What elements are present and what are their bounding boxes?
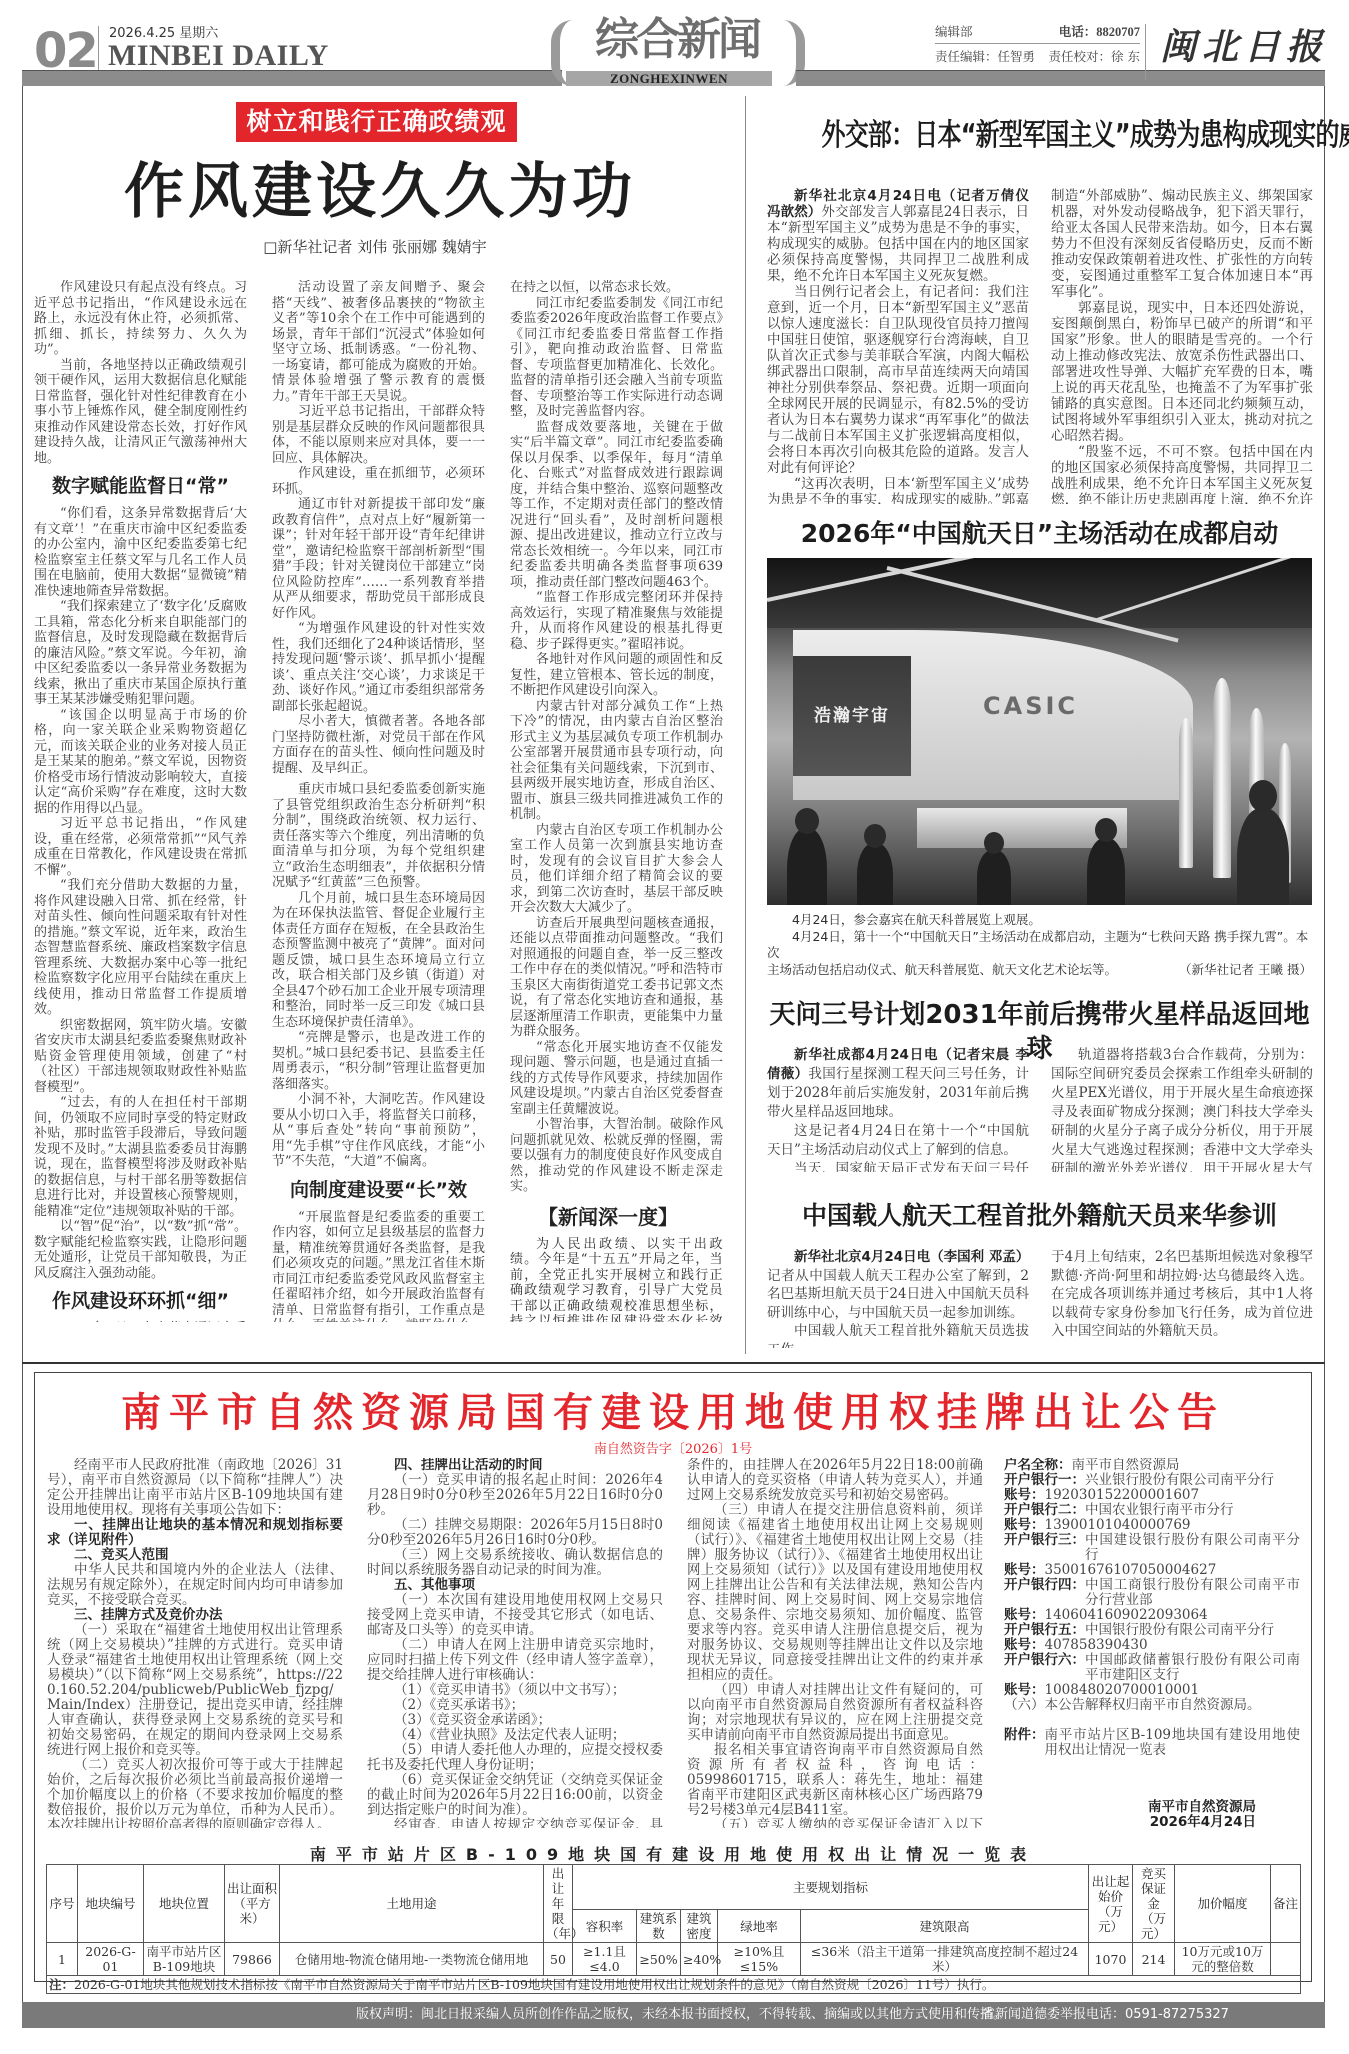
paragraph: 监督成效要落地，关键在于做实“后半篇文章”。同江市纪委监委确保以月保季、以季保年…	[510, 420, 723, 591]
photo-caption: 4月24日，参会嘉宾在航天科普展览上观展。 4月24日，第十一个“中国航天日”主…	[767, 912, 1312, 978]
account-label: 开户银行四：	[1004, 1578, 1085, 1608]
photo-aerospace-exhibition: 浩瀚宇宙 CASIC	[767, 558, 1312, 905]
lead-article-column-3: 在持之以恒，以常态求长效。 同江市纪委监委制发《同江市纪委监委2026年度政治监…	[510, 280, 723, 1322]
paragraph: 习近平总书记指出，“作风建设，重在经常，必须常常抓”“风气养成重在日常教化，作风…	[34, 816, 247, 878]
editorial-row-2: 责任编辑：任智勇 责任校对：徐 东	[935, 47, 1140, 67]
paragraph: 在持之以恒，以常态求长效。	[510, 280, 723, 296]
paragraph: “亮牌是警示，也是改进工作的契机。”城口县纪委书记、县监委主任周勇表示，“积分制…	[272, 1030, 485, 1092]
news-depth-title: 【新闻深一度】	[538, 1205, 723, 1229]
photo-wall-panel: 浩瀚宇宙	[793, 656, 911, 776]
account-row: 开户银行三：中国建设银行股份有限公司南平分行	[1004, 1533, 1300, 1563]
account-value: 35001676107050004627	[1045, 1563, 1301, 1578]
paragraph: “为增强作风建设的针对性实效性，我们还细化了24种谈话情形，坚持发现问题‘警示谈…	[272, 621, 485, 714]
paragraph: 2025年7月，在内蒙古通辽市委组织部会议室内，一场事关“围猎”与“反围猎”的“…	[34, 1321, 247, 1322]
paragraph: 各地针对作风问题的顽固性和反复性，建立管根本、管长远的制度，不断把作风建设引向深…	[510, 652, 723, 699]
proofreader: 责任校对：徐 东	[1049, 47, 1140, 67]
astronaut-title: 中国载人航天工程首批外籍航天员来华参训	[767, 1200, 1312, 1232]
paragraph: “常态化开展实地访查不仅能发现问题、警示问题，也是通过直插一线的方式传导作风要求…	[510, 1040, 723, 1118]
table-cell: ≤36米（沿主干道第一排建筑高度控制不超过24米）	[801, 1943, 1089, 1976]
account-value: 13900101040000769	[1045, 1518, 1301, 1533]
lead-paragraph: 新华社成都4月24日电（记者宋晨 李倩薇）我国行星探测工程天问三号任务，计划于2…	[767, 1046, 1029, 1122]
contact-paragraph: 报名相关事宜请咨询南平市自然资源局自然资源所有者权益科，咨询电话：0599860…	[687, 1743, 983, 1818]
photo-visitor-head	[1095, 818, 1117, 842]
paragraph: 作风建设，重在抓细节，必须环环抓。	[272, 466, 485, 497]
announcement-column-1: 经南平市人民政府批准（南政地〔2026〕31号），南平市自然资源局（以下简称“挂…	[47, 1458, 343, 1828]
header-bar-right	[796, 70, 1325, 86]
table-row: 1 2026-G-01 南平市站片区B-109地块 79866 仓储用地-物流仓…	[47, 1943, 1301, 1976]
paragraph: “我们探索建立了‘数字化’反腐败工具箱，常态化分析来自职能部门的监督信息，及时发…	[34, 599, 247, 708]
paragraph: （三）网上交易系统接收、确认数据信息的时间以系统服务器自动记录的时间为准。	[367, 1548, 663, 1578]
editorial-separator	[935, 43, 1140, 44]
paragraph: （三）申请人在提交注册信息资料前，须详细阅读《福建省土地使用权出让网上交易规则（…	[687, 1503, 983, 1683]
table-cell	[1271, 1943, 1301, 1976]
paragraph: 制造“外部威胁”、煽动民族主义、绑架国家机器，对外发动侵略战争，犯下滔天罪行，给…	[1051, 188, 1313, 300]
table-cell: ≥50%	[637, 1943, 681, 1976]
photo-wall-logo: CASIC	[983, 692, 1078, 720]
lead-paragraph: 新华社北京4月24日电（李国利 邓孟）记者从中国载人航天工程办公室了解到，2名巴…	[767, 1248, 1029, 1322]
announcement-column-2: 四、挂牌出让活动的时间 （一）竞买申请的报名起止时间：2026年4月28日9时0…	[367, 1458, 663, 1828]
table-cell: 1070	[1089, 1943, 1133, 1976]
page-number: 02	[34, 26, 97, 76]
header-bar-left	[22, 70, 562, 86]
caption-line: 4月24日，参会嘉宾在航天科普展览上观展。	[767, 912, 1312, 929]
photo-visitor	[1087, 838, 1125, 905]
paragraph: 轨道器将搭载3台合作载荷，分别为：国际空间研究委员会探索工作组牵头研制的火星PE…	[1051, 1046, 1313, 1172]
account-row: 开户银行五：中国银行股份有限公司南平分行	[1004, 1623, 1300, 1638]
account-row: 户名全称：南平市自然资源局	[1004, 1458, 1300, 1473]
account-value: 兴业银行股份有限公司南平分行	[1085, 1473, 1300, 1488]
paragraph: 习近平总书记指出，干部群众特别是基层群众反映的作风问题都很具体，不能以原则来应对…	[272, 404, 485, 466]
note-label: 注：	[49, 1977, 74, 1992]
account-row: 账号：407858390430	[1004, 1638, 1300, 1653]
caption-text: 主场活动包括启动仪式、航天科普展览、航天文化艺术论坛等。	[767, 962, 1117, 979]
paragraph: 织密数据网，筑牢防火墙。安徽省安庆市太湖县纪委监委聚焦财政补贴资金管理使用领域，…	[34, 1018, 247, 1096]
table-header: 地块位置	[144, 1865, 225, 1943]
table-header: 建筑限高	[801, 1910, 1089, 1943]
attachment-row: 附件：南平市站片区B-109地块国有建设用地使用权出让情况一览表	[1004, 1728, 1300, 1758]
article-kicker-tag: 树立和践行正确政绩观	[236, 102, 517, 142]
photo-visitor-head	[1249, 780, 1277, 812]
table-cell: 214	[1133, 1943, 1175, 1976]
paragraph: （一）本次国有建设用地使用权网上交易只接受网上竞买申请，不接受其它形式（如电话、…	[367, 1593, 663, 1638]
account-value: 100848020700010001	[1045, 1683, 1301, 1698]
lead-article-title: 作风建设久久为功	[100, 156, 660, 228]
table-header: 出让面积（平方米）	[225, 1865, 280, 1943]
paragraph: 中华人民共和国境内外的企业法人（法律、法规另有规定除外），在规定时间内均可申请参…	[47, 1563, 343, 1608]
table-header: 出让年限（年）	[544, 1865, 573, 1943]
account-label: 账号：	[1004, 1683, 1045, 1698]
paragraph: 活动设置了亲友间赠予、聚会搭“天线”、被奢侈品裹挟的“物欲主义者”等10余个在工…	[272, 280, 485, 404]
table-title: 南平市站片区B-109地块国有建设用地使用权出让情况一览表	[34, 1842, 1312, 1865]
caption-line: 主场活动包括启动仪式、航天科普展览、航天文化艺术论坛等。 （新华社记者 王曦 摄…	[767, 962, 1312, 979]
list-item: （3）《竞买资金承诺函》；	[367, 1713, 663, 1728]
list-item: （4）《营业执照》及法定代表人证明；	[367, 1728, 663, 1743]
photo-visitor	[857, 843, 893, 905]
news-depth-text: 为人民出政绩、以实干出政绩。今年是“十五五”开局之年，当前，全党正扎实开展树立和…	[510, 1237, 723, 1323]
paragraph: 以“智”促“治”，以“数”抓“常”。数字赋能纪检监察实践，让隐形问题无处遁形，让…	[34, 1219, 247, 1281]
announcement-heading: 二、竞买人范围	[47, 1548, 343, 1563]
dateline: 新华社北京4月24日电（李国利 邓孟）	[794, 1249, 1029, 1265]
table-header-group: 主要规划指标	[573, 1865, 1089, 1910]
lead-article-column-1: 作风建设只有起点没有终点。习近平总书记指出，“作风建设永远在路上，永远没有休止符…	[34, 280, 247, 1322]
account-value: 中国建设银行股份有限公司南平分行	[1085, 1533, 1300, 1563]
paragraph: “这再次表明，日本‘新型军国主义’成势为患是不争的事实，构成现实的威胁。”郭嘉昆…	[767, 476, 1029, 504]
announcement-doc-number: 南自然资告字〔2026〕1号	[34, 1438, 1312, 1457]
paragraph: 尽小者大，慎微者著。各地各部门坚持防微杜渐，对党员干部在作风方面存在的苗头性、倾…	[272, 714, 485, 776]
table-cell: 10万元或10万元的整倍数	[1175, 1943, 1271, 1976]
paragraph: “该国企以明显高于市场的价格，向一家关联企业采购物资超亿元，而该关联企业的业务对…	[34, 708, 247, 817]
note-text: 2026-G-01地块其他规划技术指标按《南平市自然资源局关于南平市站片区B-1…	[74, 1977, 994, 1992]
paragraph: 小洞不补，大洞吃苦。作风建设要从小切口入手，将监督关口前移，从“事后查处”转向“…	[272, 1092, 485, 1170]
account-value: 中国农业银行南平市分行	[1085, 1503, 1300, 1518]
paragraph: 访查后开展典型问题核查通报，还能以点带面推动问题整改。“我们对照通报的问题自查，…	[510, 916, 723, 1040]
account-row: 开户银行一：兴业银行股份有限公司南平分行	[1004, 1473, 1300, 1488]
table-header: 备注	[1271, 1865, 1301, 1943]
paragraph: 内蒙古自治区专项工作机制办公室工作人员第一次到旗县实地访查时，发现有的会议盲目扩…	[510, 823, 723, 916]
table-cell: 南平市站片区B-109地块	[144, 1943, 225, 1976]
tianwen-column-1: 新华社成都4月24日电（记者宋晨 李倩薇）我国行星探测工程天问三号任务，计划于2…	[767, 1046, 1029, 1172]
account-value: 南平市自然资源局	[1072, 1458, 1301, 1473]
table-cell: 2026-G-01	[78, 1943, 144, 1976]
table-cell: ≥10%且≤15%	[718, 1943, 801, 1976]
space-day-title: 2026年“中国航天日”主场活动在成都启动	[767, 518, 1312, 550]
section-pinyin: ZONGHEXINWEN	[566, 71, 772, 86]
table-header: 出让起始价（万元）	[1089, 1865, 1133, 1943]
responsible-editor: 责任编辑：任智勇	[935, 47, 1035, 67]
paragraph: 当天，国家航天局正式发布天问三号任务合作项目遴选结果——	[767, 1160, 1029, 1172]
table-cell: 仓储用地-物流仓储用地-一类物流仓储用地	[280, 1943, 544, 1976]
editorial-info: 编辑部 电话：8820707 责任编辑：任智勇 责任校对：徐 东	[935, 22, 1140, 67]
paragraph: “殷鉴不远，不可不察。包括中国在内的地区国家必须保持高度警惕，共同捍卫二战胜利成…	[1051, 444, 1313, 504]
page-border-right	[1324, 86, 1325, 2028]
lead-article-column-2: 活动设置了亲友间赠予、聚会搭“天线”、被奢侈品裹挟的“物欲主义者”等10余个在工…	[272, 280, 485, 1322]
paragraph: “监督工作形成完整闭环并保持高效运行，实现了精准聚焦与效能提升，从而将作风建设的…	[510, 590, 723, 652]
table-cell: ≥40%	[681, 1943, 718, 1976]
account-label: 账号：	[1004, 1488, 1045, 1503]
announcement-top-rule	[22, 1362, 1325, 1364]
announcement-heading: 四、挂牌出让活动的时间	[367, 1458, 663, 1473]
caption-line: 4月24日，第十一个“中国航天日”主场活动在成都启动，主题为“七秩问天路 携手探…	[767, 929, 1312, 962]
account-row: 开户银行四：中国工商银行股份有限公司南平市分行营业部	[1004, 1578, 1300, 1608]
paragraph: （六）本公告解释权归南平市自然资源局。	[1004, 1698, 1300, 1713]
announcement-column-3: 条件的，由挂牌人在2026年5月22日18:00前确认申请人的竞买资格（申请人转…	[687, 1458, 983, 1828]
account-label: 开户银行二：	[1004, 1503, 1085, 1518]
paragraph: 小智治事，大智治制。破除作风问题抓就见效、松就反弹的怪圈，需要以强有力的制度使良…	[510, 1117, 723, 1195]
table-note-row: 注：2026-G-01地块其他规划技术指标按《南平市自然资源局关于南平市站片区B…	[47, 1976, 1301, 1994]
photo-visitor	[787, 828, 827, 905]
announcement-title: 南平市自然资源局国有建设用地使用权挂牌出让公告	[34, 1390, 1312, 1436]
table-header: 加价幅度	[1175, 1865, 1271, 1943]
photo-visitor-head	[795, 808, 819, 834]
paragraph: 经南平市人民政府批准（南政地〔2026〕31号），南平市自然资源局（以下简称“挂…	[47, 1458, 343, 1518]
paragraph: 这是记者4月24日在第十一个“中国航天日”主场活动启动仪式上了解到的信息。	[767, 1122, 1029, 1160]
copyright-notice: 版权声明：闽北日报采编人员所创作作品之版权，未经本报书面授权，不得转载、摘编或以…	[356, 2002, 1006, 2028]
paragraph: 于4月上旬结束，2名巴基斯坦候选对象穆罕默德·齐尚·阿里和胡拉姆·达乌德最终入选…	[1051, 1248, 1313, 1341]
lead-paragraph: 新华社北京4月24日电（记者万倩仪 冯歆然）外交部发言人郭嘉昆24日表示，日本“…	[767, 188, 1029, 284]
page-border-left	[22, 86, 23, 2028]
editorial-row-1: 编辑部 电话：8820707	[935, 22, 1140, 42]
list-item: （6）竞买保证金交纳凭证（交纳竞买保证金的截止时间为2026年5月22日16:0…	[367, 1773, 663, 1818]
table-cell: 50	[544, 1943, 573, 1976]
table-header-row: 序号 地块编号 地块位置 出让面积（平方米） 土地用途 出让年限（年） 主要规划…	[47, 1865, 1301, 1910]
paragraph: （一）采取在“福建省土地使用权出让管理系统（网上交易模块）”挂牌的方式进行。竞买…	[47, 1623, 343, 1758]
paragraph: 通辽市针对新提拔干部印发“廉政教育信件”，点对点上好“履新第一课”；针对年轻干部…	[272, 497, 485, 621]
footer-bar: 版权声明：闽北日报采编人员所创作作品之版权，未经本报书面授权，不得转载、摘编或以…	[22, 2002, 1325, 2028]
tianwen-column-2: 轨道器将搭载3台合作载荷，分别为：国际空间研究委员会探索工作组牵头研制的火星PE…	[1051, 1046, 1313, 1172]
paragraph: （五）竞买人缴纳的竞买保证金请汇入以下指定的银行账户：	[687, 1818, 983, 1828]
signature-date: 2026年4月24日	[1004, 1815, 1300, 1828]
photo-visitor-head	[864, 824, 886, 848]
account-value: 中国工商银行股份有限公司南平市分行营业部	[1085, 1578, 1300, 1608]
newspaper-logo: 闽北日报	[1160, 24, 1328, 70]
account-value: 1406041609022093064	[1045, 1608, 1301, 1623]
table-cell: ≥1.1且≤4.0	[573, 1943, 637, 1976]
account-value: 中国邮政储蓄银行股份有限公司南平市建阳区支行	[1085, 1653, 1300, 1683]
paragraph: 重庆市城口县纪委监委创新实施了县管党组织政治生态分析研判“积分制”，围绕政治统领…	[272, 782, 485, 891]
astronaut-column-2: 于4月上旬结束，2名巴基斯坦候选对象穆罕默德·齐尚·阿里和胡拉姆·达乌德最终入选…	[1051, 1248, 1313, 1348]
paragraph: 中国载人航天工程首批外籍航天员选拔工作	[767, 1322, 1029, 1348]
announcement-column-4: 户名全称：南平市自然资源局 开户银行一：兴业银行股份有限公司南平分行 账号：19…	[1004, 1458, 1300, 1828]
account-value: 192030152200001607	[1045, 1488, 1301, 1503]
section-subheading: 数字赋能监督日“常”	[34, 475, 247, 497]
section-subheading: 作风建设环环抓“细”	[34, 1290, 247, 1312]
table-header: 土地用途	[280, 1865, 544, 1943]
paragraph: （二）竞买人初次报价可等于或大于挂牌起始价，之后每次报价必须比当前最高报价递增一…	[47, 1758, 343, 1828]
section-title: 综合新闻	[592, 14, 762, 66]
account-row: 账号：13900101040000769	[1004, 1518, 1300, 1533]
paragraph: （二）挂牌交易期限：2026年5月15日8时0分0秒至2026年5月26日16时…	[367, 1518, 663, 1548]
account-label: 账号：	[1004, 1563, 1045, 1578]
section-subheading: 向制度建设要“长”效	[272, 1179, 485, 1201]
column-divider	[745, 96, 746, 1354]
paragraph: 郭嘉昆说，现实中，日本还四处游说，妄图颠倒黑白，粉饰早已破产的所谓“和平国家”形…	[1051, 300, 1313, 444]
photo-rocket-model	[1179, 718, 1193, 868]
account-row: 账号：100848020700010001	[1004, 1683, 1300, 1698]
paragraph: 作风建设只有起点没有终点。习近平总书记指出，“作风建设永远在路上，永远没有休止符…	[34, 280, 247, 358]
paragraph: 当日例行记者会上，有记者问：我们注意到，近一个月，日本“新型军国主义”恶苗以惊人…	[767, 284, 1029, 476]
account-value: 中国银行股份有限公司南平分行	[1085, 1623, 1300, 1638]
account-row: 开户银行六：中国邮政储蓄银行股份有限公司南平市建阳区支行	[1004, 1653, 1300, 1683]
paragraph: “开展监督是纪委监委的重要工作内容，如何立足县级基层的监督力量，精准统筹贯通好各…	[272, 1210, 485, 1323]
account-value: 407858390430	[1045, 1638, 1301, 1653]
list-item: （5）申请人委托他人办理的，应提交授权委托书及委托代理人身份证明；	[367, 1743, 663, 1773]
foreign-ministry-title: 外交部：日本“新型军国主义”成势为患构成现实的威胁	[822, 116, 1258, 156]
paper-name-en: MINBEI DAILY	[108, 40, 329, 72]
table-header: 建筑系数	[637, 1910, 681, 1943]
signature-org: 南平市自然资源局	[1004, 1800, 1300, 1815]
announcement-heading: 三、挂牌方式及竞价办法	[47, 1608, 343, 1623]
photo-credit: （新华社记者 王曦 摄）	[1179, 962, 1312, 979]
announcement-heading: 五、其他事项	[367, 1578, 663, 1593]
account-row: 账号：1406041609022093064	[1004, 1608, 1300, 1623]
ethics-hotline: 省新闻道德委举报电话：0591-87275327	[982, 2002, 1229, 2028]
paragraph: “过去，有的人在担任村干部期间，仍领取不应同时享受的特定财政补贴，那时监管手段滞…	[34, 1095, 247, 1219]
paragraph: 同江市纪委监委制发《同江市纪委监委2026年度政治监督工作要点》《同江市纪委监委…	[510, 296, 723, 420]
logo-divider	[1145, 24, 1146, 80]
editorial-dept: 编辑部	[935, 22, 973, 42]
announcement-heading: 一、挂牌出让地块的基本情况和规划指标要求（详见附件）	[47, 1518, 343, 1548]
paragraph: 当前，各地坚持以正确政绩观引领干硬作风，运用大数据信息化赋能日常监督，强化针对性…	[34, 358, 247, 467]
table-header: 建筑密度	[681, 1910, 718, 1943]
account-label: 账号：	[1004, 1608, 1045, 1623]
photo-display-wall: 浩瀚宇宙 CASIC	[793, 630, 1193, 800]
paragraph: （四）申请人对挂牌出让文件有疑问的，可以向南平市自然资源局自然资源所有者权益科咨…	[687, 1683, 983, 1743]
paragraph: 条件的，由挂牌人在2026年5月22日18:00前确认申请人的竞买资格（申请人转…	[687, 1458, 983, 1503]
account-label: 开户银行五：	[1004, 1623, 1085, 1638]
foreign-ministry-column-1: 新华社北京4月24日电（记者万倩仪 冯歆然）外交部发言人郭嘉昆24日表示，日本“…	[767, 188, 1029, 504]
table-header: 竞买保证金（万元）	[1133, 1865, 1175, 1943]
photo-rocket-model	[1213, 678, 1231, 878]
editorial-phone: 电话：8820707	[1059, 22, 1140, 42]
attachment-label: 附件：	[1004, 1728, 1045, 1758]
account-label: 开户银行六：	[1004, 1653, 1085, 1683]
photo-visitor	[977, 850, 1011, 905]
account-label: 开户银行三：	[1004, 1533, 1085, 1563]
photo-ceiling	[767, 558, 1312, 628]
parcel-table: 序号 地块编号 地块位置 出让面积（平方米） 土地用途 出让年限（年） 主要规划…	[46, 1864, 1301, 1994]
lead-article-byline: □新华社记者 刘伟 张丽娜 魏婧宇	[230, 236, 520, 257]
photo-visitor	[1237, 808, 1289, 905]
account-row: 账号：192030152200001607	[1004, 1488, 1300, 1503]
astronaut-column-1: 新华社北京4月24日电（李国利 邓孟）记者从中国载人航天工程办公室了解到，2名巴…	[767, 1248, 1029, 1348]
paragraph: 经审查，申请人按规定交纳竞买保证金，具备申请	[367, 1818, 663, 1828]
paragraph: 内蒙古针对部分减负工作“上热下冷”的情况，由内蒙古自治区整治形式主义为基层减负专…	[510, 699, 723, 823]
account-label: 账号：	[1004, 1518, 1045, 1533]
paragraph: （一）竞买申请的报名起止时间：2026年4月28日9时0分0秒至2026年5月2…	[367, 1473, 663, 1518]
paragraph: （二）申请人在网上注册申请竞买宗地时，应同时扫描上传下列文件（经申请人签字盖章）…	[367, 1638, 663, 1683]
attachment-title: 南平市站片区B-109地块国有建设用地使用权出让情况一览表	[1045, 1728, 1301, 1758]
table-cell: 79866	[225, 1943, 280, 1976]
table-header: 绿地率	[718, 1910, 801, 1943]
paragraph: “你们看，这条异常数据背后‘大有文章’！”在重庆市渝中区纪委监委的办公室内，渝中…	[34, 506, 247, 599]
table-header: 地块编号	[78, 1865, 144, 1943]
list-item: （2）《竞买承诺书》；	[367, 1698, 663, 1713]
paragraph-text: 记者从中国载人航天工程办公室了解到，2名巴基斯坦航天员于24日进入中国航天员科研…	[767, 1268, 1029, 1321]
photo-visitor-head	[984, 832, 1004, 854]
paragraph: 几个月前，城口县生态环境局因为在环保执法监管、督促企业履行主体责任方面存在短板，…	[272, 891, 485, 1031]
table-header: 序号	[47, 1865, 78, 1943]
table-note: 注：2026-G-01地块其他规划技术指标按《南平市自然资源局关于南平市站片区B…	[47, 1976, 1301, 1994]
account-label: 开户银行一：	[1004, 1473, 1085, 1488]
table-cell: 1	[47, 1943, 78, 1976]
list-item: （1）《竞买申请书》（须以中文书写）；	[367, 1683, 663, 1698]
account-row: 账号：35001676107050004627	[1004, 1563, 1300, 1578]
account-label: 户名全称：	[1004, 1458, 1072, 1473]
account-row: 开户银行二：中国农业银行南平市分行	[1004, 1503, 1300, 1518]
foreign-ministry-column-2: 制造“外部威胁”、煽动民族主义、绑架国家机器，对外发动侵略战争，犯下滔天罪行，给…	[1051, 188, 1313, 504]
paragraph: “我们充分借助大数据的力量，将作风建设融入日常、抓在经常，针对苗头性、倾向性问题…	[34, 878, 247, 1018]
account-label: 账号：	[1004, 1638, 1045, 1653]
